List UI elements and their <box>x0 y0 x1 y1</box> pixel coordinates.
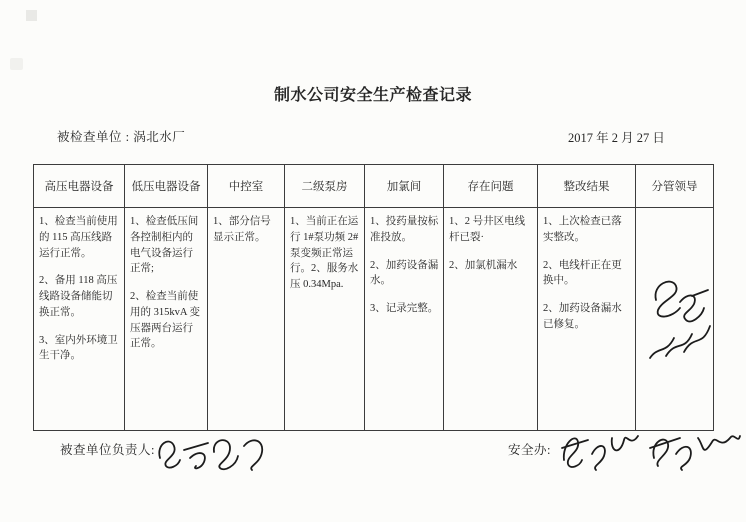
cell-paragraph: 2、检查当前使用的 315kvA 变压器两台运行正常。 <box>130 289 203 352</box>
cell-paragraph: 2、备用 118 高压线路设备储能切换正常。 <box>39 273 120 320</box>
inspected-leader-signature-handwriting <box>150 428 274 474</box>
cell-pump-house: 1、当前正在运行 1#泵功频 2#泵变频正常运行。2、服务水压 0.34Mpa. <box>285 208 365 431</box>
cell-paragraph: 1、检查低压间各控制柜内的电气设备运行正常; <box>130 214 203 277</box>
cell-paragraph: 3、室内外环境卫生干净。 <box>39 333 120 365</box>
cell-paragraph: 2、加药设备漏水。 <box>370 258 439 290</box>
header-pump-house: 二级泵房 <box>285 165 365 208</box>
inspected-unit: 被检查单位 : 涡北水厂 <box>57 127 185 145</box>
cell-paragraph: 2、电线杆正在更换中。 <box>543 258 631 290</box>
cell-chlorination-room: 1、投药量按标准投放。 2、加药设备漏水。 3、记录完整。 <box>365 208 444 431</box>
supervisor-signature-handwriting <box>636 266 712 376</box>
safety-office-signatures-handwriting <box>552 424 744 476</box>
cell-paragraph: 1、当前正在运行 1#泵功频 2#泵变频正常运行。2、服务水压 0.34Mpa. <box>290 214 360 293</box>
scan-smudge <box>10 58 23 70</box>
cell-paragraph: 2、加药设备漏水已修复。 <box>543 301 631 333</box>
scan-artifact <box>26 10 37 21</box>
cell-high-voltage: 1、检查当前使用的 115 高压线路运行正常。 2、备用 118 高压线路设备储… <box>34 208 125 431</box>
inspected-leader-label: 被查单位负责人: <box>60 440 155 458</box>
inspection-date: 2017 年 2 月 27 日 <box>568 128 665 146</box>
header-low-voltage: 低压电器设备 <box>125 165 208 208</box>
cell-paragraph: 1、检查当前使用的 115 高压线路运行正常。 <box>39 214 120 261</box>
header-leader-in-charge: 分管领导 <box>636 165 714 208</box>
header-existing-problems: 存在问题 <box>444 165 538 208</box>
inspection-table: 高压电器设备 低压电器设备 中控室 二级泵房 加氯间 存在问题 整改结果 分管领… <box>33 164 714 431</box>
table-body-row: 1、检查当前使用的 115 高压线路运行正常。 2、备用 118 高压线路设备储… <box>34 208 714 431</box>
header-rectification-result: 整改结果 <box>538 165 636 208</box>
cell-existing-problems: 1、2 号井区电线杆已裂· 2、加氯机漏水 <box>444 208 538 431</box>
cell-control-room: 1、部分信号显示正常。 <box>208 208 285 431</box>
header-high-voltage: 高压电器设备 <box>34 165 125 208</box>
cell-low-voltage: 1、检查低压间各控制柜内的电气设备运行正常; 2、检查当前使用的 315kvA … <box>125 208 208 431</box>
cell-paragraph: 2、加氯机漏水 <box>449 258 533 274</box>
cell-paragraph: 1、投药量按标准投放。 <box>370 214 439 246</box>
safety-office-label: 安全办: <box>508 440 551 458</box>
header-control-room: 中控室 <box>208 165 285 208</box>
cell-paragraph: 1、部分信号显示正常。 <box>213 214 280 246</box>
scanned-document-page: 制水公司安全生产检查记录 被检查单位 : 涡北水厂 2017 年 2 月 27 … <box>0 0 746 522</box>
cell-paragraph: 1、2 号井区电线杆已裂· <box>449 214 533 246</box>
table-header-row: 高压电器设备 低压电器设备 中控室 二级泵房 加氯间 存在问题 整改结果 分管领… <box>34 165 714 208</box>
cell-paragraph: 3、记录完整。 <box>370 301 439 317</box>
cell-paragraph: 1、上次检查已落实整改。 <box>543 214 631 246</box>
document-title: 制水公司安全生产检查记录 <box>0 82 746 105</box>
cell-leader-in-charge <box>636 208 714 431</box>
cell-rectification-result: 1、上次检查已落实整改。 2、电线杆正在更换中。 2、加药设备漏水已修复。 <box>538 208 636 431</box>
header-chlorination-room: 加氯间 <box>365 165 444 208</box>
